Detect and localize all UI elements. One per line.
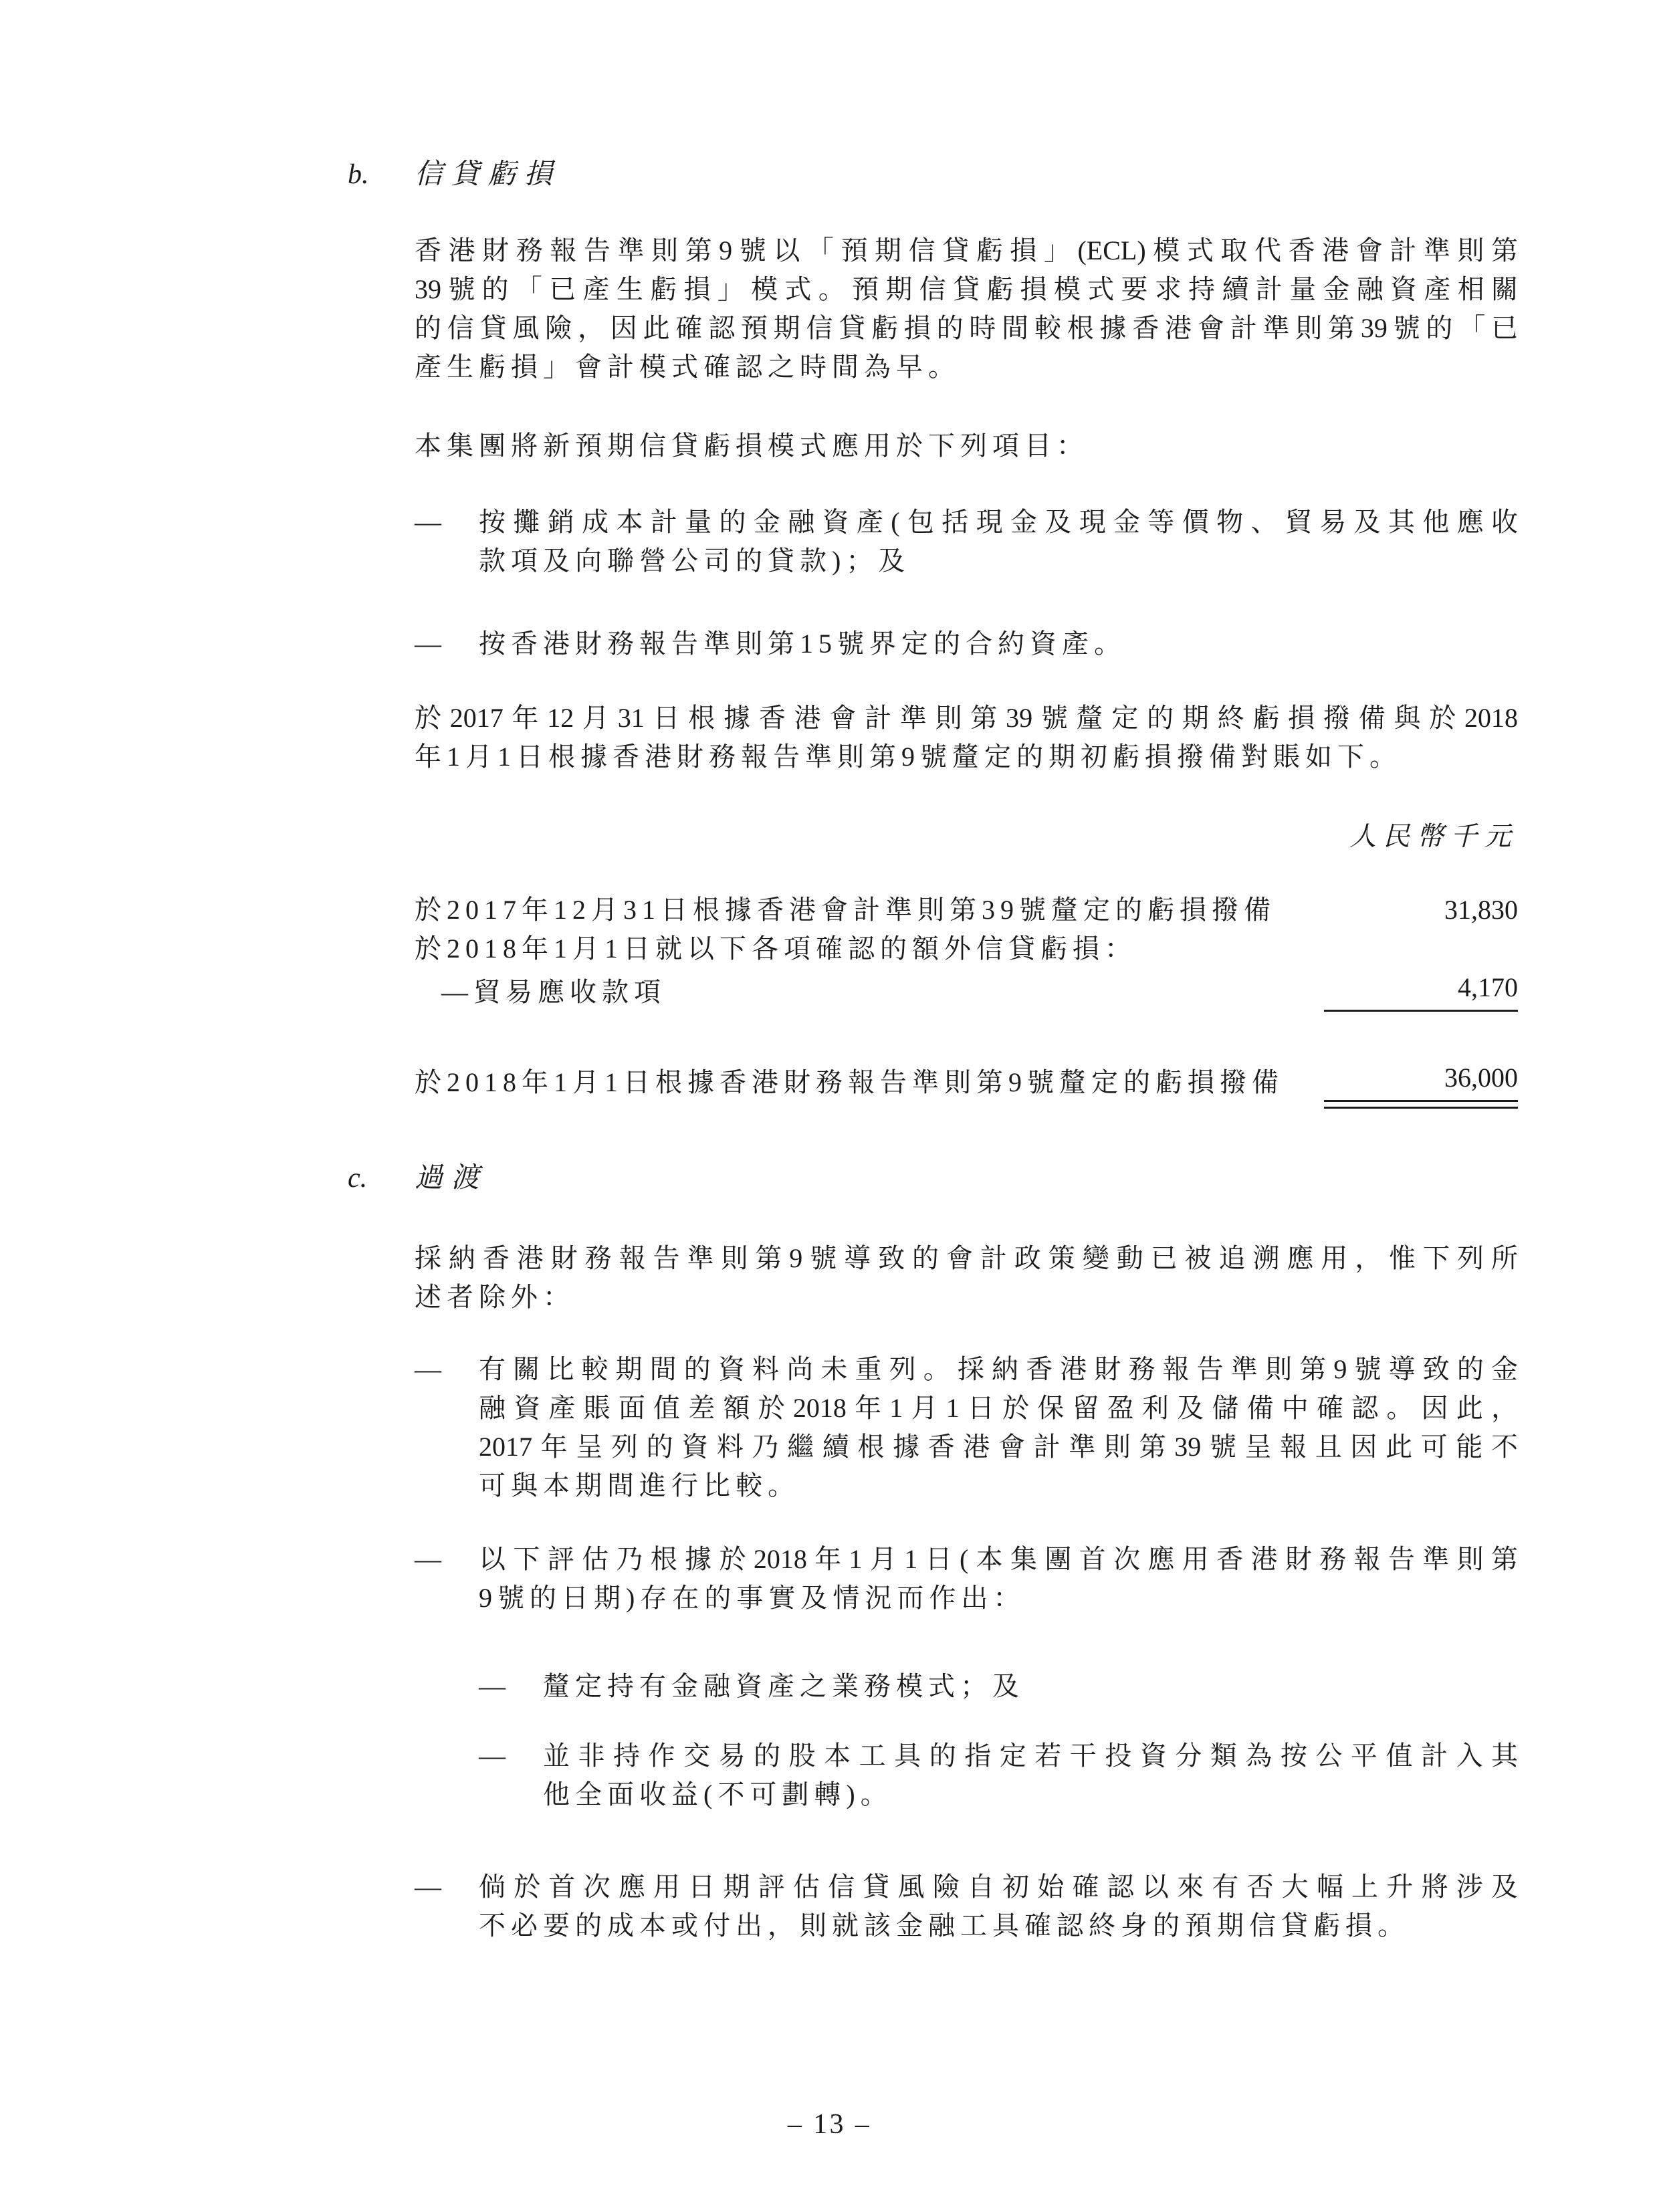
bullet-contract-assets: — 按香港財務報告準則第15號界定的合約資產。 [415,625,1518,663]
text-line: 產生虧損」會計模式確認之時間為早。 [415,348,1518,386]
currency-unit-label: 人民幣千元 [415,817,1518,856]
text-line: 按攤銷成本計量的金融資產(包括現金及現金等價物、貿易及其他應收 [479,503,1518,542]
table-row-opening-allowance: 於2017年12月31日根據香港會計準則第39號釐定的虧損撥備 31,830 [415,891,1518,929]
bullet-dash-icon: — [415,1868,479,1945]
row-label: —貿易應收款項 [415,973,1324,1012]
row-label: 於2018年1月1日就以下各項確認的額外信貸虧損： [415,929,1324,968]
section-transition: c. 過渡 採納香港財務報告準則第9號導致的會計政策變動已被追溯應用，惟下列所 … [348,1159,1518,1945]
section-b-heading: b. 信貸虧損 [348,155,1518,194]
paragraph-reconciliation-intro: 於2017年12月31日根據香港會計準則第39號釐定的期終虧損撥備與於2018 … [415,699,1518,776]
text-line: 39號的「已產生虧損」模式。預期信貸虧損模式要求持續計量金融資產相關 [415,270,1518,309]
sub-bullet-business-model: — 釐定持有金融資產之業務模式；及 [479,1667,1518,1706]
text-line: 9號的日期)存在的事實及情況而作出： [479,1579,1518,1618]
bullet-dash-icon: — [415,1350,479,1505]
text-line: 2017年呈列的資料乃繼續根據香港會計準則第39號呈報且因此可能不 [479,1428,1518,1466]
section-credit-losses: b. 信貸虧損 香港財務報告準則第9號以「預期信貸虧損」(ECL)模式取代香港會… [348,155,1518,1109]
text-line: 款項及向聯營公司的貸款)；及 [479,542,1518,580]
table-row-closing-allowance: 於2018年1月1日根據香港財務報告準則第9號釐定的虧損撥備 36,000 [415,1059,1518,1102]
text-line: 採納香港財務報告準則第9號導致的會計政策變動已被追溯應用，惟下列所 [415,1239,1518,1278]
row-label: 於2018年1月1日根據香港財務報告準則第9號釐定的虧損撥備 [415,1063,1324,1102]
text-line: 於2017年12月31日根據香港會計準則第39號釐定的期終虧損撥備與於2018 [415,699,1518,738]
text-line: 述者除外： [415,1278,1518,1317]
text-line: 按香港財務報告準則第15號界定的合約資產。 [479,625,1518,663]
section-b-label: b. [348,155,415,194]
total-double-rule [1324,1107,1518,1109]
text-line: 他全面收益(不可劃轉)。 [543,1775,1518,1814]
table-row-additional-ecl-header: 於2018年1月1日就以下各項確認的額外信貸虧損： [415,929,1518,968]
table-row-trade-receivables: —貿易應收款項 4,170 [415,968,1518,1012]
text-line: 融資產賬面值差額於2018年1月1日於保留盈利及儲備中確認。因此， [479,1389,1518,1428]
bullet-text: 有關比較期間的資料尚未重列。採納香港財務報告準則第9號導致的金 融資產賬面值差額… [479,1350,1518,1505]
bullet-text: 釐定持有金融資產之業務模式；及 [543,1667,1518,1706]
document-page: b. 信貸虧損 香港財務報告準則第9號以「預期信貸虧損」(ECL)模式取代香港會… [0,0,1659,2212]
text-line: 倘於首次應用日期評估信貸風險自初始確認以來有否大幅上升將涉及 [479,1868,1518,1906]
sub-bullet-fvoci-designation: — 並非持作交易的股本工具的指定若干投資分類為按公平值計入其 他全面收益(不可劃… [479,1737,1518,1814]
row-amount: 31,830 [1324,891,1518,929]
loss-allowance-table: 人民幣千元 於2017年12月31日根據香港會計準則第39號釐定的虧損撥備 31… [415,817,1518,1109]
bullet-text: 並非持作交易的股本工具的指定若干投資分類為按公平值計入其 他全面收益(不可劃轉)… [543,1737,1518,1814]
section-c-title: 過渡 [415,1159,487,1198]
page-number: – 13 – [0,2105,1659,2144]
text-line: 本集團將新預期信貸虧損模式應用於下列項目： [415,427,1518,465]
text-line: 並非持作交易的股本工具的指定若干投資分類為按公平值計入其 [543,1737,1518,1775]
paragraph-transition-intro: 採納香港財務報告準則第9號導致的會計政策變動已被追溯應用，惟下列所 述者除外： [415,1239,1518,1317]
text-line: 的信貸風險，因此確認預期信貸虧損的時間較根據香港會計準則第39號的「已 [415,309,1518,348]
bullet-dash-icon: — [415,625,479,663]
page-content: b. 信貸虧損 香港財務報告準則第9號以「預期信貸虧損」(ECL)模式取代香港會… [348,155,1518,1945]
bullet-dash-icon: — [479,1667,543,1706]
bullet-text: 倘於首次應用日期評估信貸風險自初始確認以來有否大幅上升將涉及 不必要的成本或付出… [479,1868,1518,1945]
text-line: 有關比較期間的資料尚未重列。採納香港財務報告準則第9號導致的金 [479,1350,1518,1389]
bullet-dash-icon: — [479,1737,543,1814]
bullet-text: 按香港財務報告準則第15號界定的合約資產。 [479,625,1518,663]
bullet-comparatives-not-restated: — 有關比較期間的資料尚未重列。採納香港財務報告準則第9號導致的金 融資產賬面值… [415,1350,1518,1505]
section-c-label: c. [348,1159,415,1198]
bullet-dash-icon: — [415,503,479,580]
text-line: 香港財務報告準則第9號以「預期信貸虧損」(ECL)模式取代香港會計準則第 [415,231,1518,270]
text-line: 不必要的成本或付出，則就該金融工具確認終身的預期信貸虧損。 [479,1906,1518,1945]
text-line: 釐定持有金融資產之業務模式；及 [543,1667,1518,1706]
paragraph-ecl-model: 香港財務報告準則第9號以「預期信貸虧損」(ECL)模式取代香港會計準則第 39號… [415,231,1518,386]
bullet-amortised-cost-assets: — 按攤銷成本計量的金融資產(包括現金及現金等價物、貿易及其他應收 款項及向聯營… [415,503,1518,580]
text-line: 以下評估乃根據於2018年1月1日(本集團首次應用香港財務報告準則第 [479,1540,1518,1579]
bullet-assessments-basis: — 以下評估乃根據於2018年1月1日(本集團首次應用香港財務報告準則第 9號的… [415,1540,1518,1618]
bullet-text: 以下評估乃根據於2018年1月1日(本集團首次應用香港財務報告準則第 9號的日期… [479,1540,1518,1618]
bullet-lifetime-ecl: — 倘於首次應用日期評估信貸風險自初始確認以來有否大幅上升將涉及 不必要的成本或… [415,1868,1518,1945]
text-line: 可與本期間進行比較。 [479,1466,1518,1505]
row-label: 於2017年12月31日根據香港會計準則第39號釐定的虧損撥備 [415,891,1324,929]
row-amount: 36,000 [1324,1059,1518,1102]
bullet-text: 按攤銷成本計量的金融資產(包括現金及現金等價物、貿易及其他應收 款項及向聯營公司… [479,503,1518,580]
section-c-heading: c. 過渡 [348,1159,1518,1198]
text-line: 年1月1日根據香港財務報告準則第9號釐定的期初虧損撥備對賬如下。 [415,738,1518,776]
paragraph-apply-items: 本集團將新預期信貸虧損模式應用於下列項目： [415,427,1518,465]
bullet-dash-icon: — [415,1540,479,1618]
section-b-title: 信貸虧損 [415,155,560,194]
row-amount: 4,170 [1324,968,1518,1012]
